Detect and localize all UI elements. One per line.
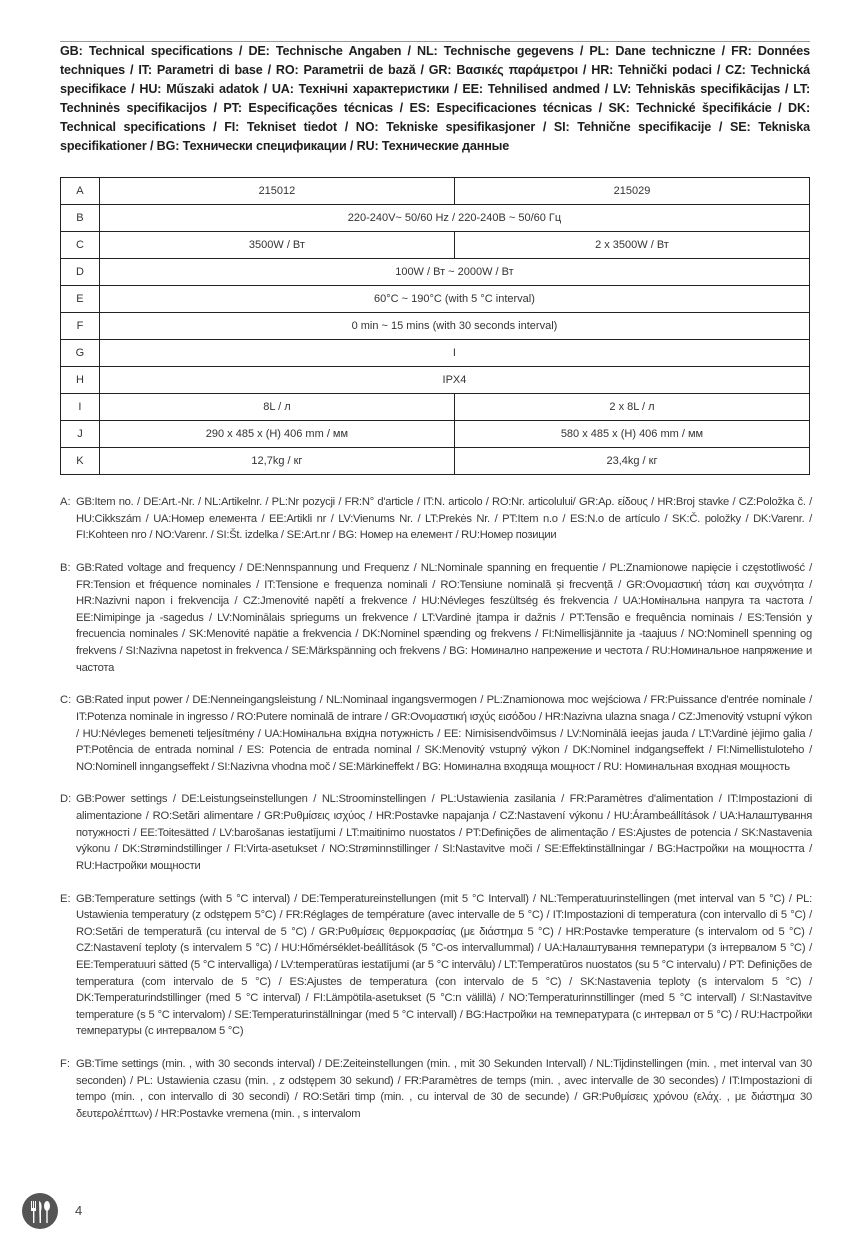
note-letter: C: [60,692,76,775]
spec-value-215029: 2 x 3500W / Вт [454,232,809,259]
spec-row: A215012215029 [61,178,810,205]
note-item: A:GB:Item no. / DE:Art.-Nr. / NL:Artikel… [60,494,812,544]
spec-value: 220-240V~ 50/60 Hz / 220-240В ~ 50/60 Гц [99,205,809,232]
spec-value-215012: 290 x 485 x (H) 406 mm / мм [99,421,454,448]
note-letter: B: [60,560,76,676]
note-text: GB:Rated voltage and frequency / DE:Nenn… [76,560,812,676]
note-letter: A: [60,494,76,544]
spec-value-215029: 215029 [454,178,809,205]
note-text: GB:Rated input power / DE:Nenneingangsle… [76,692,812,775]
spec-row: B220-240V~ 50/60 Hz / 220-240В ~ 50/60 Г… [61,205,810,232]
spec-value: IPX4 [99,367,809,394]
spec-row: I8L / л2 x 8L / л [61,394,810,421]
spec-key: A [61,178,100,205]
note-item: E:GB:Temperature settings (with 5 °C int… [60,891,812,1040]
note-item: F:GB:Time settings (min. , with 30 secon… [60,1056,812,1122]
spec-row: J290 x 485 x (H) 406 mm / мм580 x 485 x … [61,421,810,448]
spec-value-215012: 12,7kg / кг [99,448,454,475]
spec-value: 100W / Вт ~ 2000W / Вт [99,259,809,286]
spec-table: A215012215029B220-240V~ 50/60 Hz / 220-2… [60,177,810,475]
spec-key: K [61,448,100,475]
notes-list: A:GB:Item no. / DE:Art.-Nr. / NL:Artikel… [60,494,812,1139]
spec-key: I [61,394,100,421]
spec-row: E60°C ~ 190°C (with 5 °C interval) [61,286,810,313]
spec-value: 0 min ~ 15 mins (with 30 seconds interva… [99,313,809,340]
page-number: 4 [75,1203,82,1218]
spec-value-215012: 8L / л [99,394,454,421]
spec-value-215012: 215012 [99,178,454,205]
spec-row: C3500W / Вт2 x 3500W / Вт [61,232,810,259]
spec-row: D100W / Вт ~ 2000W / Вт [61,259,810,286]
section-heading: GB: Technical specifications / DE: Techn… [60,42,810,157]
spec-key: F [61,313,100,340]
note-item: B:GB:Rated voltage and frequency / DE:Ne… [60,560,812,676]
spec-key: C [61,232,100,259]
spec-key: G [61,340,100,367]
note-item: D:GB:Power settings / DE:Leistungseinste… [60,791,812,874]
spec-row: HIPX4 [61,367,810,394]
spec-value-215012: 3500W / Вт [99,232,454,259]
note-text: GB:Item no. / DE:Art.-Nr. / NL:Artikelnr… [76,494,812,544]
spec-value-215029: 2 x 8L / л [454,394,809,421]
spec-key: J [61,421,100,448]
note-item: C:GB:Rated input power / DE:Nenneingangs… [60,692,812,775]
spec-value: 60°C ~ 190°C (with 5 °C interval) [99,286,809,313]
note-text: GB:Power settings / DE:Leistungseinstell… [76,791,812,874]
note-text: GB:Temperature settings (with 5 °C inter… [76,891,812,1040]
spec-key: D [61,259,100,286]
spec-row: F0 min ~ 15 mins (with 30 seconds interv… [61,313,810,340]
note-letter: F: [60,1056,76,1122]
spec-key: E [61,286,100,313]
spec-row: K12,7kg / кг23,4kg / кг [61,448,810,475]
note-letter: D: [60,791,76,874]
note-text: GB:Time settings (min. , with 30 seconds… [76,1056,812,1122]
spec-key: H [61,367,100,394]
spec-value: I [99,340,809,367]
spec-key: B [61,205,100,232]
note-letter: E: [60,891,76,1040]
cutlery-icon [22,1193,58,1229]
spec-row: GI [61,340,810,367]
spec-value-215029: 580 x 485 x (H) 406 mm / мм [454,421,809,448]
spec-value-215029: 23,4kg / кг [454,448,809,475]
